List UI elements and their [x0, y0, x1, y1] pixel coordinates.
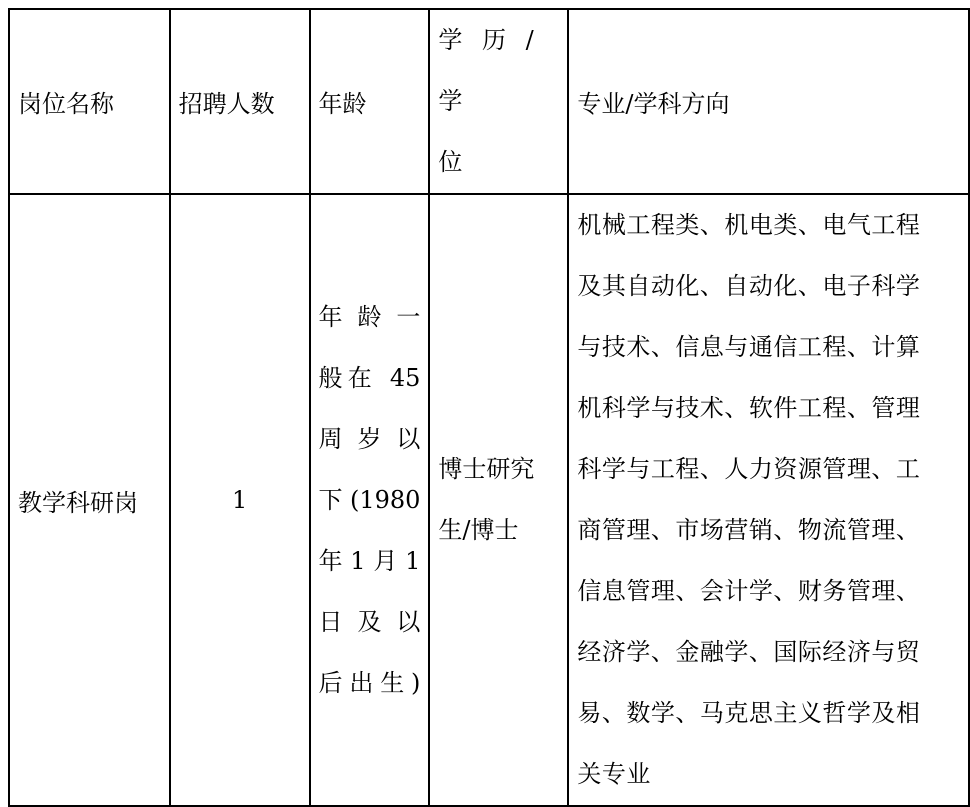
table-row: 教学科研岗 1 年 龄 一 般在 45 周 岁 以 下(1980 年1月1 日 … [9, 194, 969, 748]
cell-count: 1 [170, 194, 310, 748]
cell-education: 博士研究 生/博士 [429, 194, 568, 748]
table-header-row: 岗位名称 招聘人数 年龄 学 历 / 学 位 专业/学科方向 [9, 9, 969, 194]
header-age: 年龄 [310, 9, 430, 194]
age-line: 日 及 以 [319, 592, 421, 653]
major-line: 与技术、信息与通信工程、计算 [577, 317, 960, 378]
major-line: 关专业 [577, 744, 960, 748]
major-line: 易、数学、马克思主义哲学及相 [577, 683, 960, 744]
major-line: 科学与工程、人力资源管理、工 [577, 439, 960, 500]
age-line: 般在 45 [319, 348, 421, 409]
header-education-line2: 位 [438, 132, 559, 193]
major-line: 机科学与技术、软件工程、管理 [577, 378, 960, 439]
cell-position: 教学科研岗 [9, 194, 170, 748]
education-line: 生/博士 [438, 500, 559, 561]
major-line: 经济学、金融学、国际经济与贸 [577, 622, 960, 683]
education-line: 博士研究 [438, 439, 559, 500]
cell-age: 年 龄 一 般在 45 周 岁 以 下(1980 年1月1 日 及 以 后出生) [310, 194, 430, 748]
age-line: 后出生) [319, 653, 421, 714]
header-major: 专业/学科方向 [568, 9, 969, 194]
recruitment-table: 岗位名称 招聘人数 年龄 学 历 / 学 位 专业/学科方向 教学科研岗 1 年… [8, 8, 970, 748]
age-line: 下(1980 [319, 470, 421, 531]
age-line: 年1月1 [319, 531, 421, 592]
major-line: 及其自动化、自动化、电子科学 [577, 256, 960, 317]
cell-major: 机械工程类、机电类、电气工程 及其自动化、自动化、电子科学 与技术、信息与通信工… [568, 194, 969, 748]
recruitment-table-container: 岗位名称 招聘人数 年龄 学 历 / 学 位 专业/学科方向 教学科研岗 1 年… [8, 8, 970, 748]
age-line: 年 龄 一 [319, 287, 421, 348]
header-count: 招聘人数 [170, 9, 310, 194]
header-education-line1: 学 历 / 学 [438, 10, 559, 132]
age-line: 周 岁 以 [319, 409, 421, 470]
major-line: 商管理、市场营销、物流管理、 [577, 500, 960, 561]
header-position: 岗位名称 [9, 9, 170, 194]
major-line: 机械工程类、机电类、电气工程 [577, 195, 960, 256]
header-education: 学 历 / 学 位 [429, 9, 568, 194]
major-line: 信息管理、会计学、财务管理、 [577, 561, 960, 622]
